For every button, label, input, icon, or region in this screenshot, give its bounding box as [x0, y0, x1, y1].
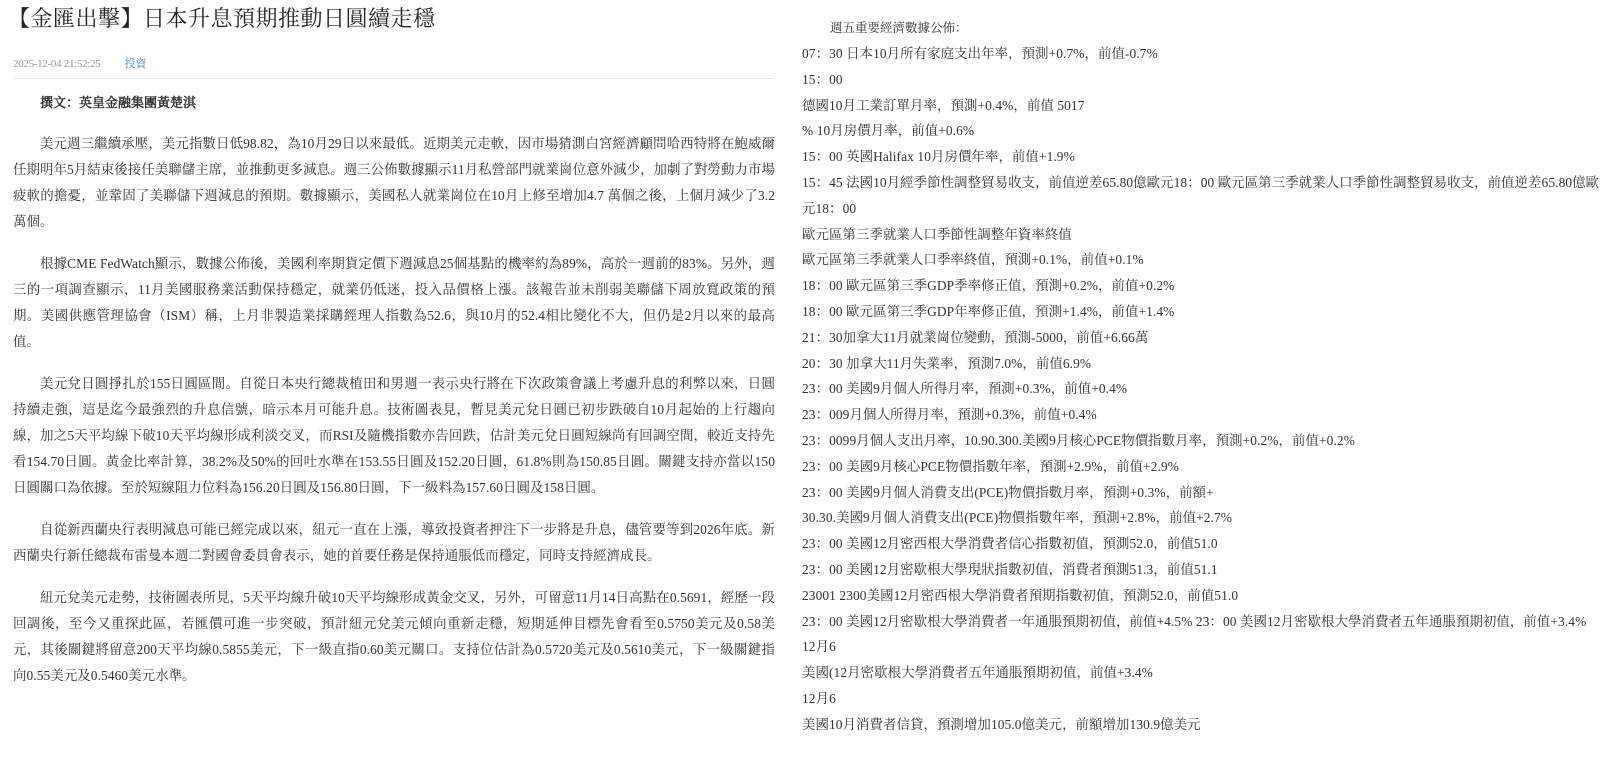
article-paragraph: 美元兌日圓掙扎於155日圓區間。自從日本央行總裁植田和男週一表示央行將在下次政策…	[13, 371, 775, 501]
calendar-line: 15：00	[802, 67, 1602, 93]
article-paragraph: 自從新西蘭央行表明減息可能已經完成以來，紐元一直在上漲，導致投資者押注下一步將是…	[13, 517, 775, 569]
article-column: 【金匯出擊】日本升息預期推動日圓續走穩 2025-12-04 21:52:25 …	[13, 0, 775, 689]
economic-calendar: 週五重要經濟數據公佈： 07：30 日本10月所有家庭支出年率，預測+0.7%，…	[802, 15, 1602, 738]
publish-date: 2025-12-04 21:52:25	[13, 55, 101, 73]
calendar-line: % 10月房價月率，前值+0.6%	[802, 118, 1602, 144]
calendar-line: 23：009月個人所得月率，預測+0.3%，前值+0.4%	[802, 402, 1602, 428]
divider	[13, 78, 773, 79]
calendar-line: 15：00 英國Halifax 10月房價年率，前值+1.9%	[802, 144, 1602, 170]
calendar-line: 23：00 美國9月個人所得月率，預測+0.3%，前值+0.4%	[802, 376, 1602, 402]
author-byline: 撰文：英皇金融集團黃楚淇	[13, 93, 775, 115]
article-paragraph: 紐元兌美元走勢，技術圖表所見，5天平均線升破10天平均線形成黃金交叉，另外，可留…	[13, 585, 775, 689]
calendar-line: 07：30 日本10月所有家庭支出年率，預測+0.7%，前值-0.7%	[802, 41, 1602, 67]
article-meta: 2025-12-04 21:52:25 投資	[13, 55, 775, 73]
calendar-line: 21：30加拿大11月就業崗位變動，預測-5000，前值+6.66萬	[802, 325, 1602, 351]
calendar-line: 23：00 美國9月核心PCE物價指數年率，預測+2.9%，前值+2.9%	[802, 454, 1602, 480]
calendar-line: 23：00 美國12月密歇根大學現狀指數初值，消費者預測51.3，前值51.1	[802, 557, 1602, 583]
calendar-line: 美國(12月密歇根大學消費者五年通脹預期初值，前值+3.4%	[802, 660, 1602, 686]
calendar-line: 23：00 美國12月密西根大學消費者信心指數初值，預測52.0，前值51.0	[802, 531, 1602, 557]
calendar-line: 12月6	[802, 686, 1602, 712]
calendar-line: 23001 2300美國12月密西根大學消費者預期指數初值，預測52.0，前值5…	[802, 583, 1602, 609]
calendar-line: 德國10月工業訂單月率，預測+0.4%，前值 5017	[802, 93, 1602, 119]
calendar-line: 23：0099月個人支出月率，10.90.300.美國9月核心PCE物價指數月率…	[802, 428, 1602, 454]
calendar-line: 15：45 法國10月經季節性調整貿易收支，前值逆差65.80億歐元18：00 …	[802, 170, 1602, 222]
calendar-line: 30.30.美國9月個人消費支出(PCE)物價指數年率，預測+2.8%，前值+2…	[802, 505, 1602, 531]
article-paragraph: 美元週三繼續承壓，美元指數日低98.82，為10月29日以來最低。近期美元走軟，…	[13, 131, 775, 235]
calendar-line: 23：00 美國9月個人消費支出(PCE)物價指數月率，預測+0.3%，前額+	[802, 480, 1602, 506]
calendar-line: 18：00 歐元區第三季GDP年率修正值，預測+1.4%，前值+1.4%	[802, 299, 1602, 325]
article-body: 美元週三繼續承壓，美元指數日低98.82，為10月29日以來最低。近期美元走軟，…	[13, 131, 775, 689]
category-link[interactable]: 投資	[125, 55, 147, 73]
calendar-line: 美國10月消費者信貸，預測增加105.0億美元，前額增加130.9億美元	[802, 712, 1602, 738]
calendar-line: 歐元區第三季就業人口季率終值，預測+0.1%，前值+0.1%	[802, 247, 1602, 273]
calendar-line: 20：30 加拿大11月失業率，預測7.0%，前值6.9%	[802, 351, 1602, 377]
calendar-heading: 週五重要經濟數據公佈：	[802, 15, 1602, 41]
calendar-line: 歐元區第三季就業人口季節性調整年資率終值	[802, 222, 1602, 248]
calendar-line: 23：00 美國12月密歇根大學消費者一年通脹預期初值，前值+4.5% 23：0…	[802, 609, 1602, 661]
article-title: 【金匯出擊】日本升息預期推動日圓續走穩	[8, 0, 770, 35]
calendar-line: 18：00 歐元區第三季GDP季率修正值，預測+0.2%，前值+0.2%	[802, 273, 1602, 299]
article-paragraph: 根據CME FedWatch顯示，數據公佈後，美國利率期貨定價下週減息25個基點…	[13, 251, 775, 355]
